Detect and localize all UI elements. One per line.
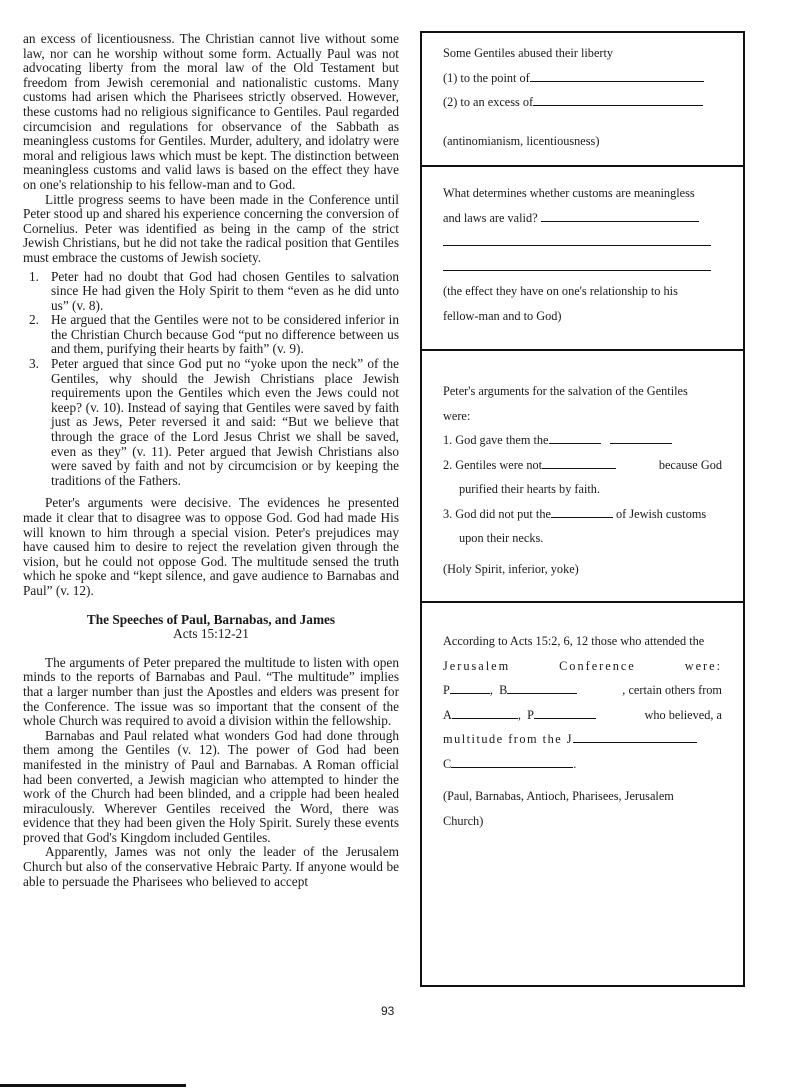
prompt: ,: [518, 708, 521, 722]
prompt: C: [443, 757, 451, 771]
prompt: because God: [659, 453, 722, 478]
fill-line: [443, 255, 722, 280]
prompt: (1) to the point of: [443, 71, 530, 85]
question-box-attendees: According to Acts 15:2, 6, 12 those who …: [422, 603, 743, 985]
answer-key: fellow-man and to God): [443, 304, 722, 329]
prompt: multitude from the J: [443, 732, 573, 746]
prompt: A: [443, 708, 452, 722]
list-item: 3.Peter argued that since God put no “yo…: [23, 357, 399, 488]
list-number: 2.: [29, 313, 39, 328]
fill-line: 3. God did not put the of Jewish customs: [443, 502, 722, 527]
answer-blank[interactable]: [573, 727, 697, 743]
list-text: Peter had no doubt that God had chosen G…: [51, 269, 399, 313]
question-text: According to Acts 15:2, 6, 12 those who …: [443, 629, 722, 654]
answer-blank[interactable]: [534, 703, 596, 719]
section-heading: The Speeches of Paul, Barnabas, and Jame…: [23, 613, 399, 628]
answer-blank[interactable]: [533, 90, 703, 106]
answer-key: (antinomianism, licentiousness): [443, 129, 722, 154]
question-text: What determines whether customs are mean…: [443, 181, 722, 206]
numbered-list: 1.Peter had no doubt that God had chosen…: [23, 270, 399, 489]
prompt: and laws are valid?: [443, 211, 538, 225]
fill-line: A, Pwho believed, a: [443, 703, 722, 728]
prompt: ,: [490, 683, 493, 697]
prompt: who believed, a: [644, 703, 722, 728]
paragraph: Peter's arguments were decisive. The evi…: [23, 496, 399, 598]
fill-line: C.: [443, 752, 722, 777]
prompt: 2. Gentiles were not: [443, 458, 542, 472]
answer-blank[interactable]: [443, 230, 711, 246]
prompt: P: [443, 683, 450, 697]
prompt: purified their hearts by faith.: [443, 477, 722, 502]
question-box-liberty: Some Gentiles abused their liberty (1) t…: [422, 33, 743, 167]
fill-line: multitude from the J: [443, 727, 722, 752]
prompt: 3. God did not put the: [443, 507, 551, 521]
answer-blank[interactable]: [507, 678, 577, 694]
list-item: 2.He argued that the Gentiles were not t…: [23, 313, 399, 357]
list-number: 1.: [29, 270, 39, 285]
fill-line: (2) to an excess of: [443, 90, 722, 115]
paragraph: Little progress seems to have been made …: [23, 193, 399, 266]
question-box-peter-arguments: Peter's arguments for the salvation of t…: [422, 351, 743, 603]
question-box-customs: What determines whether customs are mean…: [422, 167, 743, 351]
prompt: P: [527, 708, 534, 722]
answer-blank[interactable]: [542, 453, 616, 469]
list-text: Peter argued that since God put no “yoke…: [51, 356, 399, 488]
answer-blank[interactable]: [443, 255, 711, 271]
answer-blank[interactable]: [450, 678, 490, 694]
word: Jerusalem: [443, 654, 510, 679]
fill-line: (1) to the point of: [443, 66, 722, 91]
question-text: Peter's arguments for the salvation of t…: [443, 379, 722, 404]
question-text: were:: [443, 404, 722, 429]
prompt: (2) to an excess of: [443, 95, 533, 109]
paragraph: Barnabas and Paul related what wonders G…: [23, 729, 399, 846]
fill-line: [443, 230, 722, 255]
prompt: B: [499, 683, 507, 697]
paragraph: Apparently, James was not only the leade…: [23, 845, 399, 889]
footer-rule: [0, 1084, 186, 1087]
prompt: , certain others from: [622, 678, 722, 703]
word: were:: [685, 654, 722, 679]
prompt: of Jewish customs: [616, 507, 706, 521]
scripture-reference: Acts 15:12-21: [23, 627, 399, 642]
paragraph: an excess of licentiousness. The Christi…: [23, 32, 399, 193]
answer-key: (the effect they have on one's relations…: [443, 279, 722, 304]
answer-blank[interactable]: [610, 428, 672, 444]
answer-blank[interactable]: [541, 206, 699, 222]
answer-key: (Paul, Barnabas, Antioch, Pharisees, Jer…: [443, 784, 722, 809]
answer-key: (Holy Spirit, inferior, yoke): [443, 557, 722, 582]
fill-line: and laws are valid?: [443, 206, 722, 231]
question-text: Some Gentiles abused their liberty: [443, 41, 722, 66]
answer-blank[interactable]: [551, 502, 613, 518]
study-sidebar: Some Gentiles abused their liberty (1) t…: [420, 31, 745, 987]
main-text-column: an excess of licentiousness. The Christi…: [23, 32, 399, 889]
question-text: JerusalemConferencewere:: [443, 654, 722, 679]
fill-line: 1. God gave them the: [443, 428, 722, 453]
answer-blank[interactable]: [549, 428, 601, 444]
answer-blank[interactable]: [530, 66, 704, 82]
page-number: 93: [381, 1004, 394, 1018]
fill-line: P, B, certain others from: [443, 678, 722, 703]
prompt: .: [573, 757, 576, 771]
fill-line: 2. Gentiles were notbecause God: [443, 453, 722, 478]
answer-blank[interactable]: [451, 752, 573, 768]
answer-blank[interactable]: [452, 703, 518, 719]
prompt: 1. God gave them the: [443, 433, 549, 447]
word: Conference: [559, 654, 636, 679]
paragraph: The arguments of Peter prepared the mult…: [23, 656, 399, 729]
list-text: He argued that the Gentiles were not to …: [51, 312, 399, 356]
list-item: 1.Peter had no doubt that God had chosen…: [23, 270, 399, 314]
list-number: 3.: [29, 357, 39, 372]
answer-key: Church): [443, 809, 722, 834]
prompt: upon their necks.: [443, 526, 722, 551]
